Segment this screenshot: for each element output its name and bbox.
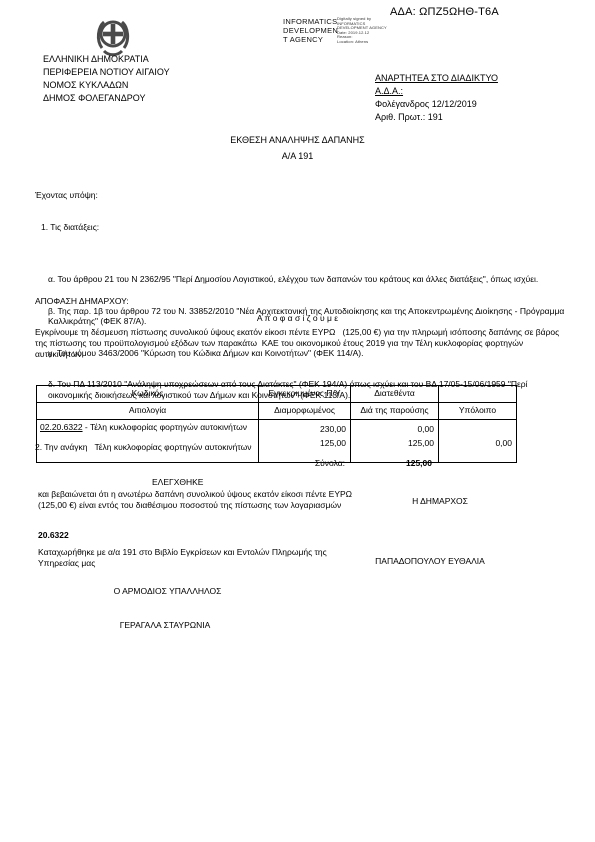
ada-label: Α.Δ.Α.:: [375, 85, 575, 98]
letterhead-line: ΠΕΡΙΦΕΡΕΙΑ ΝΟΤΙΟΥ ΑΙΓΑΙΟΥ: [43, 66, 263, 79]
letterhead-line: ΝΟΜΟΣ ΚΥΚΛΑΔΩΝ: [43, 79, 263, 92]
cell-code-description: 02.20.6322 - Τέλη κυκλοφορίας φορτηγών α…: [37, 420, 259, 463]
decision-header: ΑΠΟΦΑΣΗ ΔΗΜΑΡΧΟΥ:: [35, 296, 235, 307]
verification-text: και βεβαιώνεται ότι η ανωτέρω δαπάνη συν…: [38, 489, 356, 511]
remainder-amount: 0,00: [442, 436, 512, 450]
officer-title: Ο ΑΡΜΟΔΙΟΣ ΥΠΑΛΛΗΛΟΣ: [95, 586, 240, 597]
col-header-blank: [439, 386, 517, 403]
col-header-approved-budget: Εγκεκριμμένος Π/Υ: [259, 386, 351, 403]
cell-approved-formed: 230,00 125,00: [259, 420, 351, 463]
greek-coat-of-arms-logo: [95, 18, 131, 58]
col-header-code: Κωδικός: [37, 386, 259, 403]
reference-block: ΑΝΑΡΤΗΤΕΑ ΣΤΟ ΔΙΑΔΙΚΤΥΟ Α.Δ.Α.: Φολέγανδ…: [375, 72, 575, 124]
provision-a: α. Του άρθρου 21 του Ν 2362/95 "Περί Δημ…: [48, 274, 569, 285]
letterhead-line: ΕΛΛΗΝΙΚΗ ΔΗΜΟΚΡΑΤΙΑ: [43, 53, 263, 66]
table-row: 02.20.6322 - Τέλη κυκλοφορίας φορτηγών α…: [37, 420, 517, 463]
protocol-number: Αριθ. Πρωτ.: 191: [375, 111, 575, 124]
officer-name: ΓΕΡΑΓΑΛΑ ΣΤΑΥΡΩΝΙΑ: [95, 620, 235, 631]
stamp-detail-text: Digitally signed by INFORMATICS DEVELOPM…: [337, 17, 407, 45]
document-page: ΑΔΑ: ΩΠΖ5ΩΗΘ-Τ6Α INFORMATICS DEVELOPMEN …: [0, 0, 595, 842]
registered-text: Καταχωρήθηκε με α/α 191 στο Βιβλίο Εγκρί…: [38, 547, 338, 569]
table-header-row-2: Αιτιολογία Διαμορφωμένος Διά της παρούση…: [37, 403, 517, 420]
allocated-amount: 0,00: [354, 422, 434, 436]
letterhead: ΕΛΛΗΝΙΚΗ ΔΗΜΟΚΡΑΤΙΑ ΠΕΡΙΦΕΡΕΙΑ ΝΟΤΙΟΥ ΑΙ…: [43, 53, 263, 105]
publish-on-internet-label: ΑΝΑΡΤΗΤΕΑ ΣΤΟ ΔΙΑΔΙΚΤΥΟ: [375, 72, 575, 85]
decision-body: Εγκρίνουμε τη δέσμευση πίστωσης συνολικο…: [35, 327, 569, 360]
col-header-by-present: Διά της παρούσης: [351, 403, 439, 420]
preamble-item-1: 1. Τις διατάξεις:: [35, 222, 569, 233]
formed-amount: 125,00: [262, 436, 346, 450]
mayor-title: Η ΔΗΜΑΡΧΟΣ: [370, 496, 510, 507]
decide-word: Α π ο φ α σ ί ζ ο υ μ ε: [0, 313, 595, 323]
by-present-amount: 125,00: [354, 436, 434, 450]
col-header-justification: Αιτιολογία: [37, 403, 259, 420]
stamp-agency-text: INFORMATICS DEVELOPMEN T AGENCY: [283, 17, 339, 44]
col-header-formed: Διαμορφωμένος: [259, 403, 351, 420]
remainder-spacer: [442, 422, 512, 436]
account-code: 20.6322: [38, 530, 158, 541]
budget-table: Κωδικός Εγκεκριμμένος Π/Υ Διατεθέντα Αιτ…: [36, 385, 517, 463]
having-regard: Έχοντας υπόψη:: [35, 190, 569, 201]
letterhead-line: ΔΗΜΟΣ ΦΟΛΕΓΑΝΔΡΟΥ: [43, 92, 263, 105]
checked-label: ΕΛΕΓΧΘΗΚΕ: [152, 477, 272, 488]
document-serial: Α/Α 191: [0, 151, 595, 161]
mayor-name: ΠΑΠΑΔΟΠΟΥΛΟΥ ΕΥΘΑΛΙΑ: [350, 556, 510, 567]
ada-code: ΑΔΑ: ΩΠΖ5ΩΗΘ-Τ6Α: [390, 6, 590, 18]
cell-remainder: 0,00: [439, 420, 517, 463]
col-header-allocated: Διατεθέντα: [351, 386, 439, 403]
expense-description: - Τέλη κυκλοφορίας φορτηγών αυτοκινήτων: [83, 422, 247, 432]
table-header-row-1: Κωδικός Εγκεκριμμένος Π/Υ Διατεθέντα: [37, 386, 517, 403]
expense-code: 02.20.6322: [40, 422, 83, 432]
approved-amount: 230,00: [262, 422, 346, 436]
place-date: Φολέγανδρος 12/12/2019: [375, 98, 575, 111]
cell-allocated-by-present: 0,00 125,00: [351, 420, 439, 463]
document-title: ΕΚΘΕΣΗ ΑΝΑΛΗΨΗΣ ΔΑΠΑΝΗΣ: [0, 135, 595, 145]
col-header-remainder: Υπόλοιπο: [439, 403, 517, 420]
totals-value: 125,00: [282, 458, 432, 469]
